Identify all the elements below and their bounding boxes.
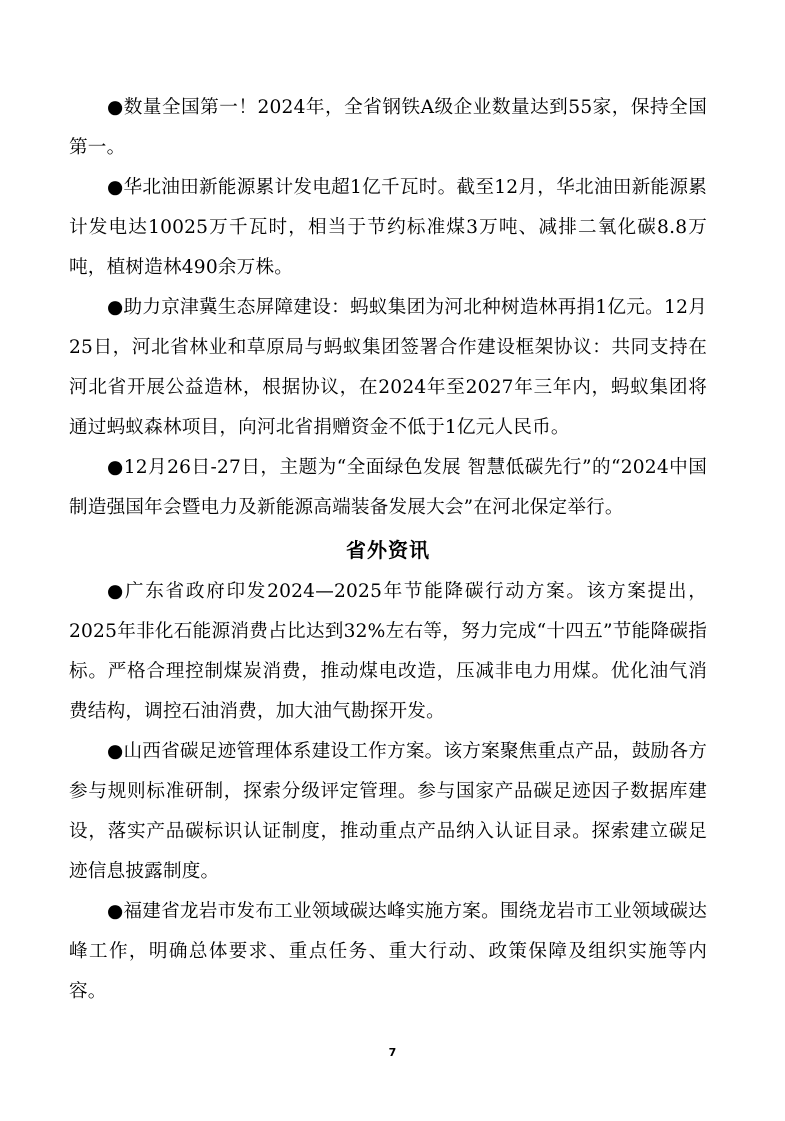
paragraph-manufacturing-conference: ●12月26日-27日，主题为“全面绿色发展 智慧低碳先行”的“2024中国制造… (69, 448, 707, 528)
section-title: 省外资讯 (69, 528, 707, 572)
paragraph-huabei-oilfield: ●华北油田新能源累计发电超1亿千瓦时。截至12月，华北油田新能源累计发电达100… (69, 168, 707, 288)
paragraph-steel-a-grade: ●数量全国第一！2024年，全省钢铁A级企业数量达到55家，保持全国第一。 (69, 88, 707, 168)
paragraph-shanxi-footprint: ●山西省碳足迹管理体系建设工作方案。该方案聚焦重点产品，鼓励各方参与规则标准研制… (69, 732, 707, 892)
page-number: 7 (0, 1046, 785, 1059)
paragraph-guangdong-plan: ●广东省政府印发2024—2025年节能降碳行动方案。该方案提出，2025年非化… (69, 572, 707, 732)
document-page: ●数量全国第一！2024年，全省钢铁A级企业数量达到55家，保持全国第一。 ●华… (69, 88, 707, 1012)
paragraph-ant-group: ●助力京津冀生态屏障建设：蚂蚁集团为河北种树造林再捐1亿元。12月25日，河北省… (69, 288, 707, 448)
paragraph-fujian-longyan: ●福建省龙岩市发布工业领域碳达峰实施方案。围绕龙岩市工业领域碳达峰工作，明确总体… (69, 892, 707, 1012)
